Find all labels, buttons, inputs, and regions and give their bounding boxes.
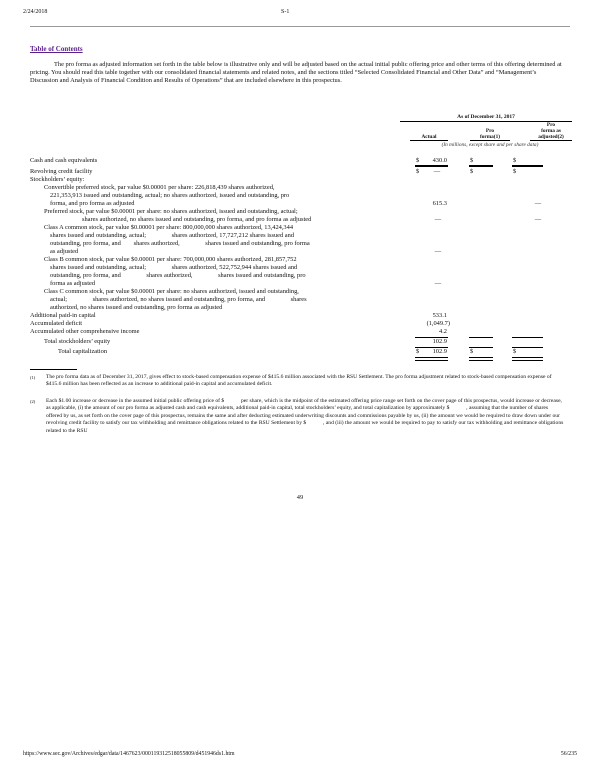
- double-rule: [415, 357, 448, 361]
- rule: [512, 337, 543, 338]
- page-number: 49: [0, 494, 600, 501]
- units-note: (In millions, except share and per share…: [410, 142, 570, 148]
- rule: [469, 337, 493, 338]
- col-header-adjusted-line3: adjusted(2): [530, 134, 572, 141]
- class-a-actual: —: [432, 248, 444, 256]
- pref-line1: Preferred stock, par value $0.00001 per …: [44, 208, 298, 216]
- double-rule: [512, 357, 543, 361]
- class-c-line2: actual; shares authorized, no shares iss…: [50, 296, 307, 304]
- double-rule: [469, 357, 493, 361]
- dollar-sign: $: [416, 348, 419, 356]
- conv-pref-adjusted: —: [532, 200, 544, 208]
- class-b-actual: —: [432, 280, 444, 288]
- as-of-header: As of December 31, 2017: [400, 114, 572, 122]
- row-label-cash: Cash and cash equivalents: [30, 157, 97, 165]
- apic-actual: 533.1: [420, 312, 447, 320]
- class-a-line2: shares issued and outstanding, actual; s…: [50, 232, 294, 240]
- aoci-actual: 4.2: [420, 328, 447, 336]
- pref-actual: —: [432, 216, 444, 224]
- row-label-total-equity: Total stockholders’ equity: [44, 338, 110, 346]
- intro-paragraph: The pro forma as adjusted information se…: [30, 61, 565, 85]
- pref-line2: shares authorized, no shares issued and …: [82, 216, 311, 224]
- class-c-line1: Class C common stock, par value $0.00001…: [44, 288, 299, 296]
- footnote-divider: [30, 369, 77, 370]
- accum-deficit-actual: (1,049.7): [415, 320, 450, 328]
- class-b-line4: forma as adjusted: [50, 280, 95, 288]
- conv-pref-line2: 221,353,913 issued and outstanding, actu…: [50, 192, 289, 200]
- cash-actual: 430.0: [427, 157, 447, 165]
- conv-pref-line3: forma, and pro forma as adjusted: [50, 200, 134, 208]
- class-a-line3: outstanding, pro forma, and shares autho…: [50, 240, 310, 248]
- pref-adjusted: —: [532, 216, 544, 224]
- class-b-line1: Class B common stock, par value $0.00001…: [44, 256, 297, 264]
- rule: [415, 165, 448, 167]
- conv-pref-line1: Convertible preferred stock, par value $…: [44, 184, 275, 192]
- dollar-sign: $: [513, 168, 516, 176]
- dollar-sign: $: [470, 348, 473, 356]
- print-date: 2/24/2018: [23, 9, 47, 15]
- dollar-sign: $: [416, 157, 419, 165]
- rule: [512, 165, 543, 167]
- footnote-marker: (2): [30, 398, 35, 405]
- class-a-line1: Class A common stock, par value $0.00001…: [44, 224, 293, 232]
- col-header-proforma-line2: forma(1): [470, 134, 510, 141]
- rule: [469, 165, 493, 167]
- row-label-apic: Additional paid-in capital: [30, 312, 96, 320]
- dollar-sign: $: [470, 168, 473, 176]
- dollar-sign: $: [416, 168, 419, 176]
- row-label-revolver: Revolving credit facility: [30, 168, 92, 176]
- total-capitalization-actual: 102.9: [420, 348, 447, 356]
- row-label-accum-deficit: Accumulated deficit: [30, 320, 82, 328]
- dollar-sign: $: [513, 348, 516, 356]
- class-a-line4: as adjusted: [50, 248, 78, 256]
- footnote-2: (2) Each $1.00 increase or decrease in t…: [30, 398, 565, 435]
- dollar-sign: $: [470, 157, 473, 165]
- class-b-line2: shares issued and outstanding, actual; s…: [50, 264, 297, 272]
- document-title: S-1: [281, 9, 289, 15]
- footnote-marker: (1): [30, 374, 35, 381]
- dollar-sign: $: [513, 157, 516, 165]
- footnote-text: Each $1.00 increase or decrease in the a…: [46, 398, 565, 435]
- header-divider: [30, 26, 570, 27]
- row-label-stockholders-equity: Stockholders’ equity:: [30, 176, 84, 184]
- row-label-total-capitalization: Total capitalization: [58, 348, 107, 356]
- table-of-contents-link[interactable]: Table of Contents: [30, 45, 83, 53]
- rule: [512, 347, 543, 348]
- conv-pref-actual: 615.3: [423, 200, 447, 208]
- footnote-text: The pro forma data as of December 31, 20…: [46, 374, 565, 389]
- print-page-count: 56/235: [561, 751, 577, 757]
- total-equity-actual: 102.9: [420, 338, 447, 346]
- class-b-line3: outstanding, pro forma, and shares autho…: [50, 272, 306, 280]
- row-label-aoci: Accumulated other comprehensive income: [30, 328, 140, 336]
- source-url: https://www.sec.gov/Archives/edgar/data/…: [23, 751, 234, 757]
- class-c-line3: authorized, no shares issued and outstan…: [50, 304, 222, 312]
- col-header-actual: Actual: [410, 134, 448, 141]
- footnote-1: (1) The pro forma data as of December 31…: [30, 374, 565, 389]
- revolver-actual: —: [427, 168, 447, 176]
